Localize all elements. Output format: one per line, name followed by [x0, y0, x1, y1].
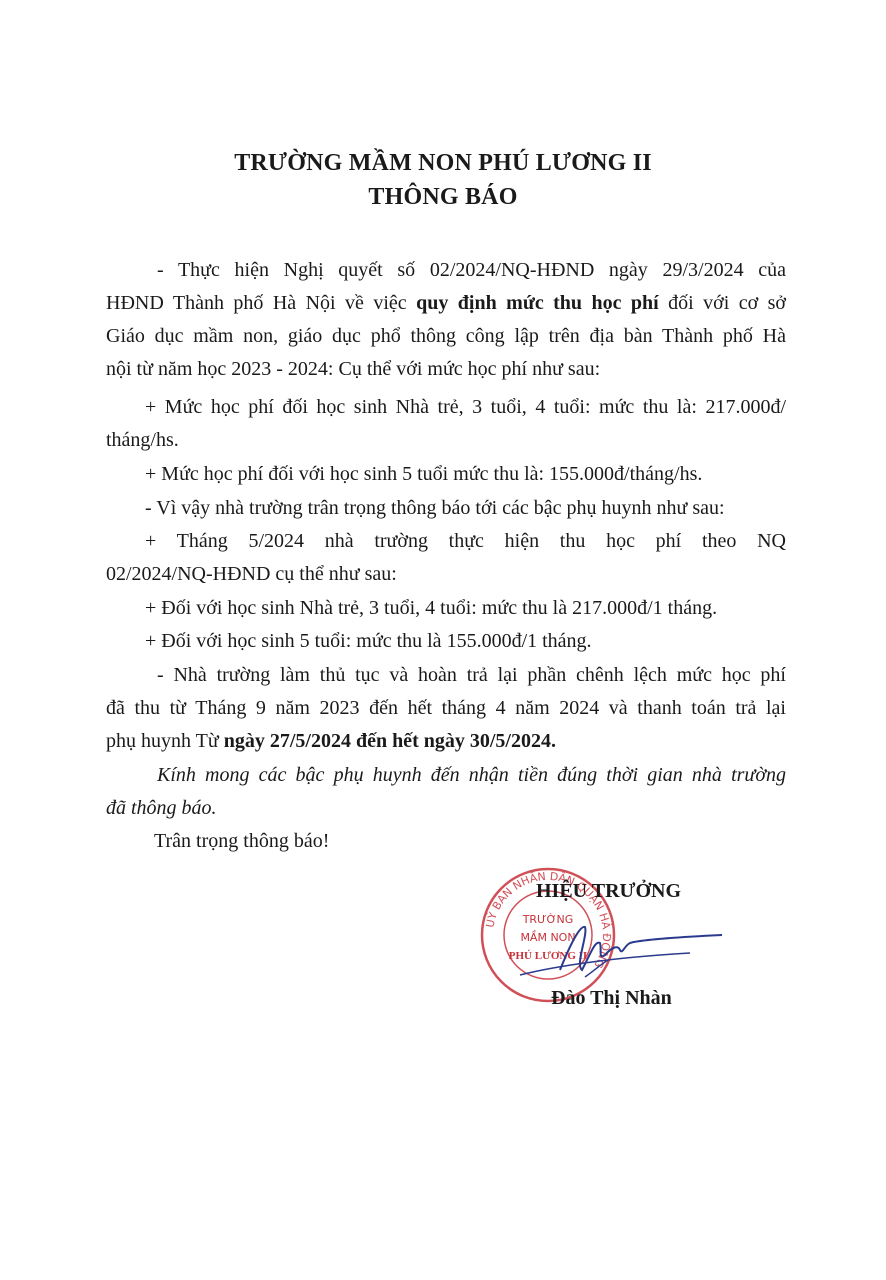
bold-phrase: quy định mức thu học phí [416, 292, 659, 314]
school-name: TRƯỜNG MẦM NON PHÚ LƯƠNG II [0, 150, 886, 177]
paragraph-line: Giáo dục mầm non, giáo dục phổ thông côn… [106, 324, 786, 348]
paragraph-line: nội từ năm học 2023 - 2024: Cụ thể với m… [106, 357, 600, 381]
closing-line: Trân trọng thông báo! [154, 829, 329, 853]
handwritten-signature-icon [500, 915, 725, 990]
fee-line: tháng/hs. [106, 428, 179, 452]
may-line: + Tháng 5/2024 nhà trường thực hiện thu … [145, 529, 786, 553]
may-line: 02/2024/NQ-HĐND cụ thể như sau: [106, 562, 397, 586]
notice-line: - Vì vậy nhà trường trân trọng thông báo… [145, 496, 725, 520]
may-fee-line: + Đối với học sinh Nhà trẻ, 3 tuổi, 4 tu… [145, 596, 717, 620]
request-line: Kính mong các bậc phụ huynh đến nhận tiề… [157, 763, 786, 787]
paragraph-line: HĐND Thành phố Hà Nội về việc quy định m… [106, 291, 786, 315]
refund-line: phụ huynh Từ ngày 27/5/2024 đến hết ngày… [106, 729, 556, 753]
refund-line: - Nhà trường làm thủ tục và hoàn trả lại… [157, 663, 786, 687]
refund-dates: ngày 27/5/2024 đến hết ngày 30/5/2024. [224, 730, 556, 752]
request-line: đã thông báo. [106, 796, 217, 820]
fee-line: + Mức học phí đối với học sinh 5 tuổi mứ… [145, 462, 702, 486]
document-title: THÔNG BÁO [0, 184, 886, 211]
signature-title: HIỆU TRƯỞNG [536, 880, 681, 903]
fee-line: + Mức học phí đối học sinh Nhà trẻ, 3 tu… [145, 395, 786, 419]
may-fee-line: + Đối với học sinh 5 tuổi: mức thu là 15… [145, 629, 592, 653]
paragraph-line: - Thực hiện Nghị quyết số 02/2024/NQ-HĐN… [157, 258, 786, 282]
refund-line: đã thu từ Tháng 9 năm 2023 đến hết tháng… [106, 696, 786, 720]
signatory-name: Đào Thị Nhàn [551, 987, 672, 1010]
